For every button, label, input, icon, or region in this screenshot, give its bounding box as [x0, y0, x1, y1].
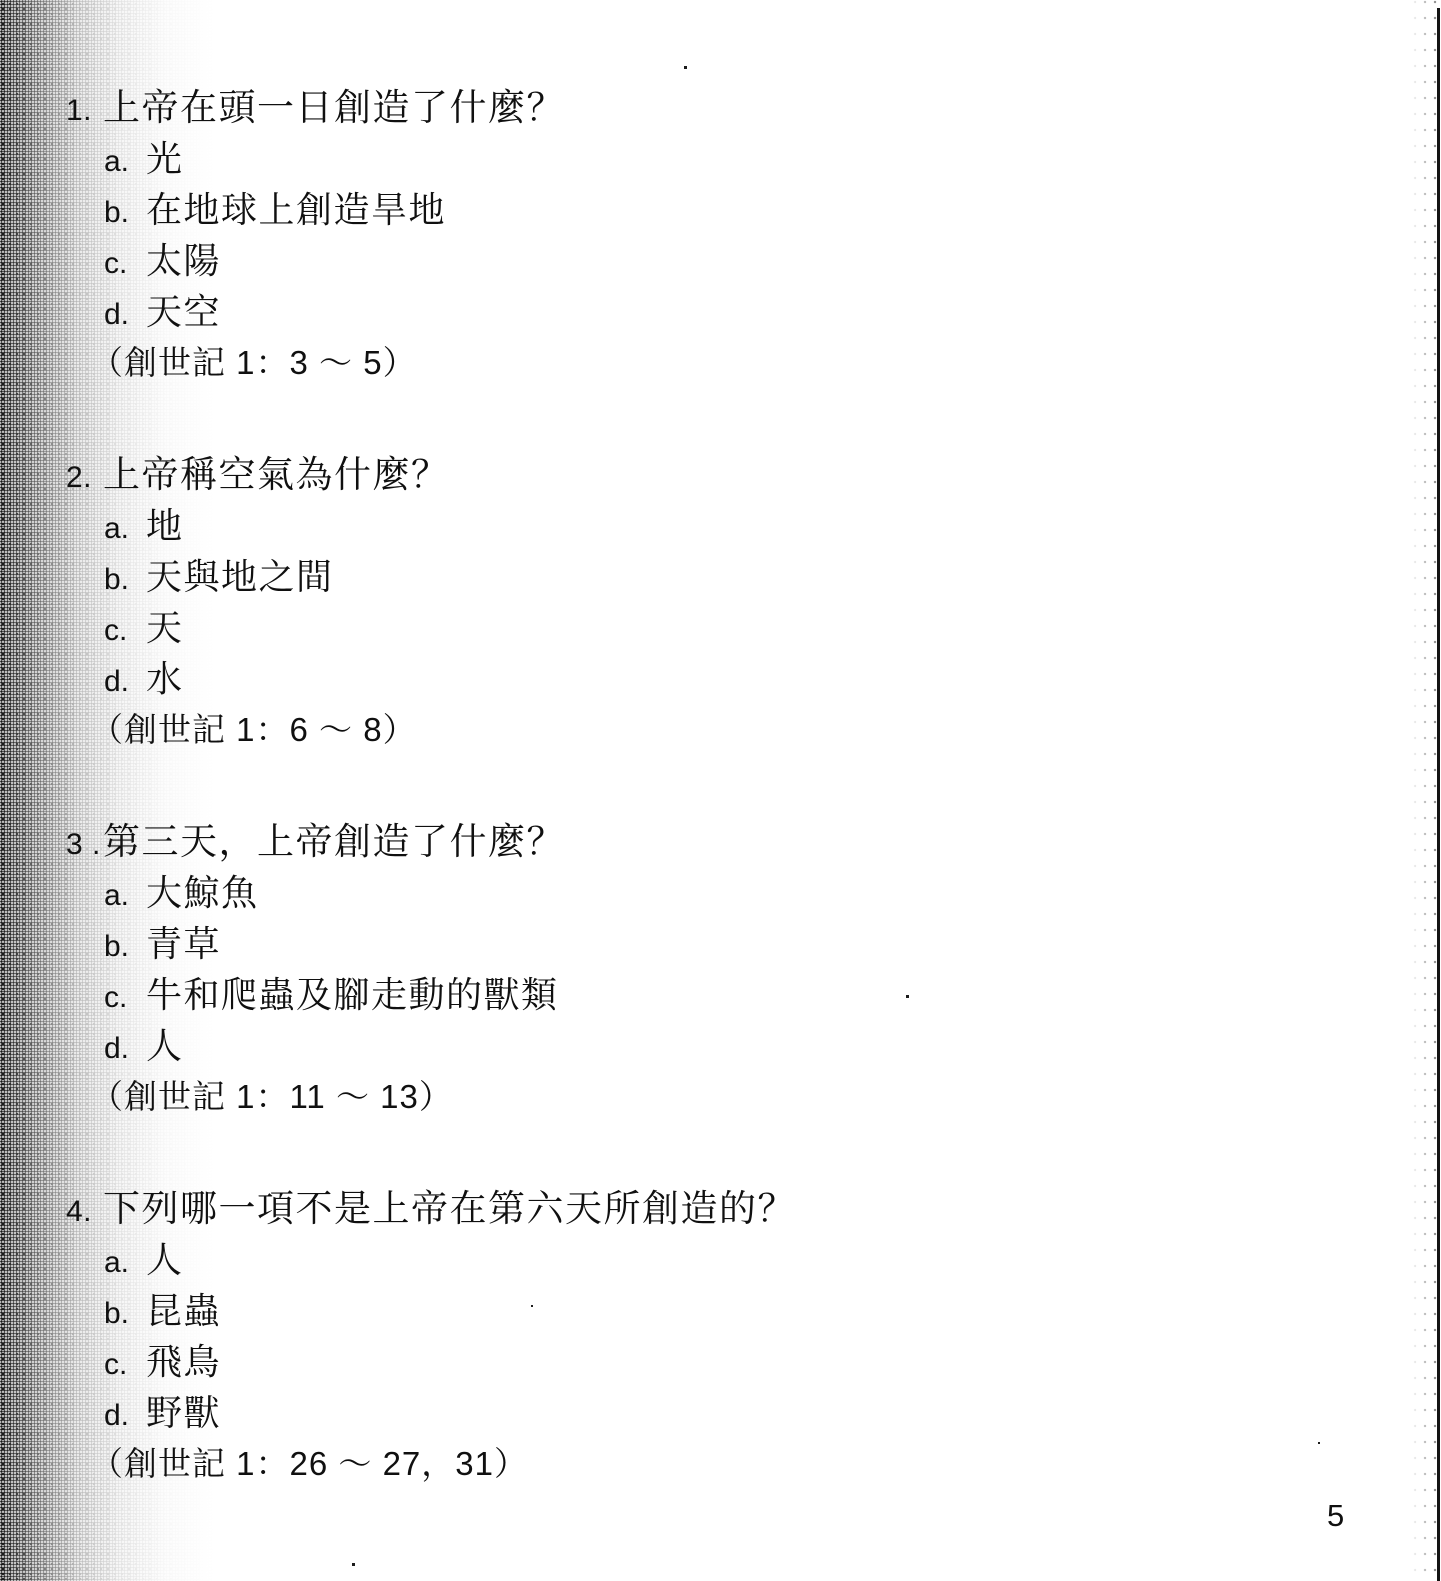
option-letter: d.: [104, 1025, 146, 1073]
option-text: 大鯨魚: [146, 869, 259, 917]
option-letter: d.: [104, 1392, 146, 1440]
option-letter: d.: [104, 658, 146, 706]
option-d: d. 野獸: [0, 1389, 1401, 1440]
option-letter: c.: [104, 240, 146, 288]
question-text: 上帝在頭一日創造了什麼？: [103, 84, 565, 132]
option-letter: d.: [104, 291, 146, 339]
scripture-reference: （創世記 1：26 ～ 27，31）: [0, 1440, 1401, 1488]
option-b: b. 在地球上創造旱地: [0, 186, 1401, 237]
option-text: 天空: [146, 288, 221, 336]
option-b: b. 昆蟲: [0, 1287, 1401, 1338]
scripture-reference: （創世記 1：3 ～ 5）: [0, 339, 1401, 387]
scan-speck: [352, 1563, 355, 1566]
option-letter: a.: [104, 138, 146, 186]
question-title: 1. 上帝在頭一日創造了什麼？: [0, 84, 1401, 135]
option-letter: b.: [104, 556, 146, 604]
question-text: 下列哪一項不是上帝在第六天所創造的？: [103, 1185, 796, 1233]
option-d: d. 人: [0, 1022, 1401, 1073]
option-text: 飛鳥: [146, 1338, 221, 1386]
question-number: 3 .: [66, 821, 103, 869]
option-letter: c.: [104, 607, 146, 655]
option-letter: a.: [104, 872, 146, 920]
option-letter: c.: [104, 1341, 146, 1389]
option-text: 野獸: [146, 1389, 221, 1437]
option-text: 天: [146, 604, 184, 652]
scripture-reference: （創世記 1：6 ～ 8）: [0, 706, 1401, 754]
option-b: b. 青草: [0, 920, 1401, 971]
option-a: a. 地: [0, 502, 1401, 553]
option-text: 太陽: [146, 237, 221, 285]
question-title: 4. 下列哪一項不是上帝在第六天所創造的？: [0, 1185, 1401, 1236]
question-1: 1. 上帝在頭一日創造了什麼？ a. 光 b. 在地球上創造旱地 c. 太陽 d…: [0, 84, 1401, 387]
question-text: 第三天，上帝創造了什麼？: [103, 818, 565, 866]
option-letter: b.: [104, 189, 146, 237]
option-letter: a.: [104, 505, 146, 553]
option-letter: c.: [104, 974, 146, 1022]
question-text: 上帝稱空氣為什麼？: [103, 451, 450, 499]
question-title: 2. 上帝稱空氣為什麼？: [0, 451, 1401, 502]
question-number: 2.: [66, 454, 103, 502]
question-3: 3 . 第三天，上帝創造了什麼？ a. 大鯨魚 b. 青草 c. 牛和爬蟲及腳走…: [0, 818, 1401, 1121]
option-letter: b.: [104, 923, 146, 971]
question-number: 4.: [66, 1188, 103, 1236]
option-d: d. 水: [0, 655, 1401, 706]
option-text: 人: [146, 1022, 184, 1070]
quiz-content: 1. 上帝在頭一日創造了什麼？ a. 光 b. 在地球上創造旱地 c. 太陽 d…: [0, 84, 1401, 1552]
question-4: 4. 下列哪一項不是上帝在第六天所創造的？ a. 人 b. 昆蟲 c. 飛鳥 d…: [0, 1185, 1401, 1488]
scan-speckle-right-edge: [1413, 0, 1437, 1581]
option-c: c. 飛鳥: [0, 1338, 1401, 1389]
option-text: 人: [146, 1236, 184, 1284]
option-text: 光: [146, 135, 184, 183]
option-c: c. 天: [0, 604, 1401, 655]
option-b: b. 天與地之間: [0, 553, 1401, 604]
scan-line-right-edge: [1437, 8, 1440, 1581]
option-letter: b.: [104, 1290, 146, 1338]
option-c: c. 牛和爬蟲及腳走動的獸類: [0, 971, 1401, 1022]
option-a: a. 人: [0, 1236, 1401, 1287]
option-text: 昆蟲: [146, 1287, 221, 1335]
option-text: 水: [146, 655, 184, 703]
scanned-quiz-page: { "page": { "number": "5" }, "questions"…: [0, 0, 1441, 1581]
scan-speck: [684, 66, 687, 69]
option-c: c. 太陽: [0, 237, 1401, 288]
question-title: 3 . 第三天，上帝創造了什麼？: [0, 818, 1401, 869]
option-text: 牛和爬蟲及腳走動的獸類: [146, 971, 559, 1019]
option-d: d. 天空: [0, 288, 1401, 339]
question-2: 2. 上帝稱空氣為什麼？ a. 地 b. 天與地之間 c. 天 d. 水 （創世…: [0, 451, 1401, 754]
page-number: 5: [1327, 1498, 1344, 1534]
option-text: 天與地之間: [146, 553, 334, 601]
option-text: 青草: [146, 920, 221, 968]
option-a: a. 光: [0, 135, 1401, 186]
option-text: 在地球上創造旱地: [146, 186, 446, 234]
option-letter: a.: [104, 1239, 146, 1287]
option-text: 地: [146, 502, 184, 550]
question-number: 1.: [66, 87, 103, 135]
option-a: a. 大鯨魚: [0, 869, 1401, 920]
scripture-reference: （創世記 1：11 ～ 13）: [0, 1073, 1401, 1121]
